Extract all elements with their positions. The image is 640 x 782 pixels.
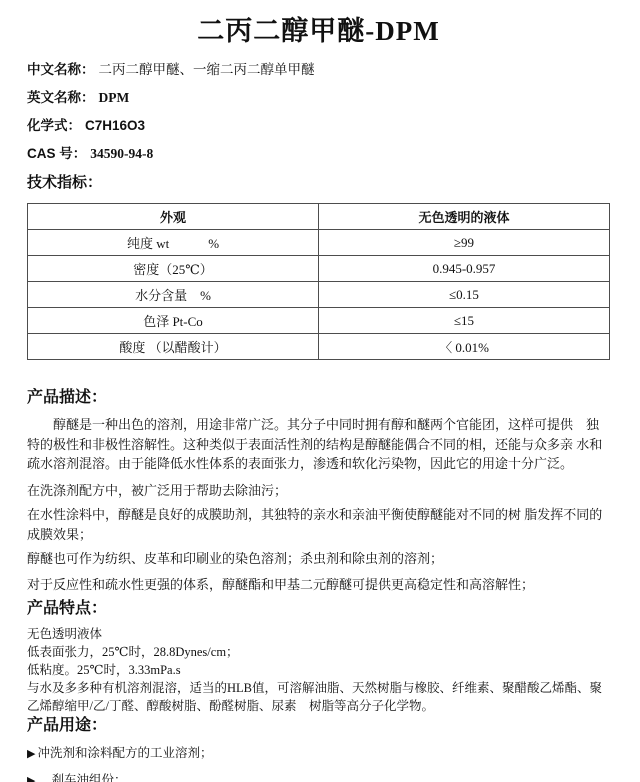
feature-line: 低表面张力，25℃时，28.8Dynes/cm； xyxy=(27,643,610,661)
description-paragraph: 在水性涂料中，醇醚是良好的成膜助剂，其独特的亲水和亲油平衡使醇醚能对不同的树 脂… xyxy=(27,505,610,544)
info-row-cas-number: CAS 号：34590-94-8 xyxy=(27,145,610,163)
spec-value-cell: 〈 0.01% xyxy=(319,334,610,360)
table-row: 纯度 wt % ≥99 xyxy=(28,230,610,256)
use-item-text: 刹车油组份； xyxy=(51,772,126,782)
product-info-block: 中文名称：二丙二醇甲醚、一缩二丙二醇单甲醚 英文名称：DPM 化学式：C7H16… xyxy=(27,61,610,163)
spec-value-cell: ≤0.15 xyxy=(319,282,610,308)
table-row: 密度（25℃） 0.945-0.957 xyxy=(28,256,610,282)
info-label: CAS 号： xyxy=(27,146,86,161)
info-row-chemical-formula: 化学式：C7H16O3 xyxy=(27,117,610,135)
description-paragraph: 醇醚是一种出色的溶剂，用途非常广泛。其分子中同时拥有醇和醚两个官能团，这样可提供… xyxy=(27,415,610,474)
info-label: 中文名称： xyxy=(27,62,95,77)
spec-name-cell: 酸度 （以醋酸计） xyxy=(28,334,319,360)
document-page: 二丙二醇甲醚-DPM 中文名称：二丙二醇甲醚、一缩二丙二醇单甲醚 英文名称：DP… xyxy=(0,0,640,782)
info-value: DPM xyxy=(99,90,130,105)
info-row-english-name: 英文名称：DPM xyxy=(27,89,610,107)
info-row-chinese-name: 中文名称：二丙二醇甲醚、一缩二丙二醇单甲醚 xyxy=(27,61,610,79)
feature-line: 无色透明液体 xyxy=(27,625,610,643)
info-label: 化学式： xyxy=(27,118,81,133)
use-item: ▶ 刹车油组份； xyxy=(27,772,610,782)
product-features-heading: 产品特点： xyxy=(27,598,610,619)
description-paragraph: 醇醚也可作为纺织、皮革和印刷业的染色溶剂；杀虫剂和除虫剂的溶剂； xyxy=(27,549,610,569)
table-row: 色泽 Pt-Co ≤15 xyxy=(28,308,610,334)
spec-name-cell: 水分含量 % xyxy=(28,282,319,308)
specs-table: 外观 无色透明的液体 纯度 wt % ≥99 密度（25℃） 0.945-0.9… xyxy=(27,203,610,360)
description-paragraph: 在洗涤剂配方中，被广泛用于帮助去除油污； xyxy=(27,481,610,501)
product-features-block: 无色透明液体 低表面张力，25℃时，28.8Dynes/cm； 低粘度。25℃时… xyxy=(27,625,610,715)
triangle-bullet-icon: ▶ xyxy=(27,773,35,782)
feature-line: 低粘度。25℃时，3.33mPa.s xyxy=(27,661,610,679)
table-row: 酸度 （以醋酸计） 〈 0.01% xyxy=(28,334,610,360)
product-uses-heading: 产品用途： xyxy=(27,715,610,736)
info-value: 34590-94-8 xyxy=(90,146,153,161)
spec-value-cell: 0.945-0.957 xyxy=(319,256,610,282)
tech-specs-heading: 技术指标： xyxy=(27,173,610,193)
product-description-heading: 产品描述： xyxy=(27,387,610,408)
use-item: ▶ 冲洗剂和涂料配方的工业溶剂； xyxy=(27,745,610,763)
page-title: 二丙二醇甲醚-DPM xyxy=(27,14,610,48)
spec-value-cell: ≥99 xyxy=(319,230,610,256)
info-value: 二丙二醇甲醚、一缩二丙二醇单甲醚 xyxy=(99,62,315,77)
spec-value-cell: ≤15 xyxy=(319,308,610,334)
description-paragraph: 对于反应性和疏水性更强的体系，醇醚酯和甲基二元醇醚可提供更高稳定性和高溶解性； xyxy=(27,575,610,595)
spec-header-value: 无色透明的液体 xyxy=(319,204,610,230)
spec-name-cell: 纯度 wt % xyxy=(28,230,319,256)
specs-table-header-row: 外观 无色透明的液体 xyxy=(28,204,610,230)
spec-name-cell: 密度（25℃） xyxy=(28,256,319,282)
triangle-bullet-icon: ▶ xyxy=(27,746,35,763)
info-label: 英文名称： xyxy=(27,90,95,105)
table-row: 水分含量 % ≤0.15 xyxy=(28,282,610,308)
spec-name-cell: 色泽 Pt-Co xyxy=(28,308,319,334)
info-value: C7H16O3 xyxy=(85,118,145,133)
feature-line: 与水及多多种有机溶剂混溶，适当的HLB值，可溶解油脂、天然树脂与橡胶、纤维素、聚… xyxy=(27,679,610,715)
use-item-text: 冲洗剂和涂料配方的工业溶剂； xyxy=(37,745,212,762)
spec-header-appearance: 外观 xyxy=(28,204,319,230)
